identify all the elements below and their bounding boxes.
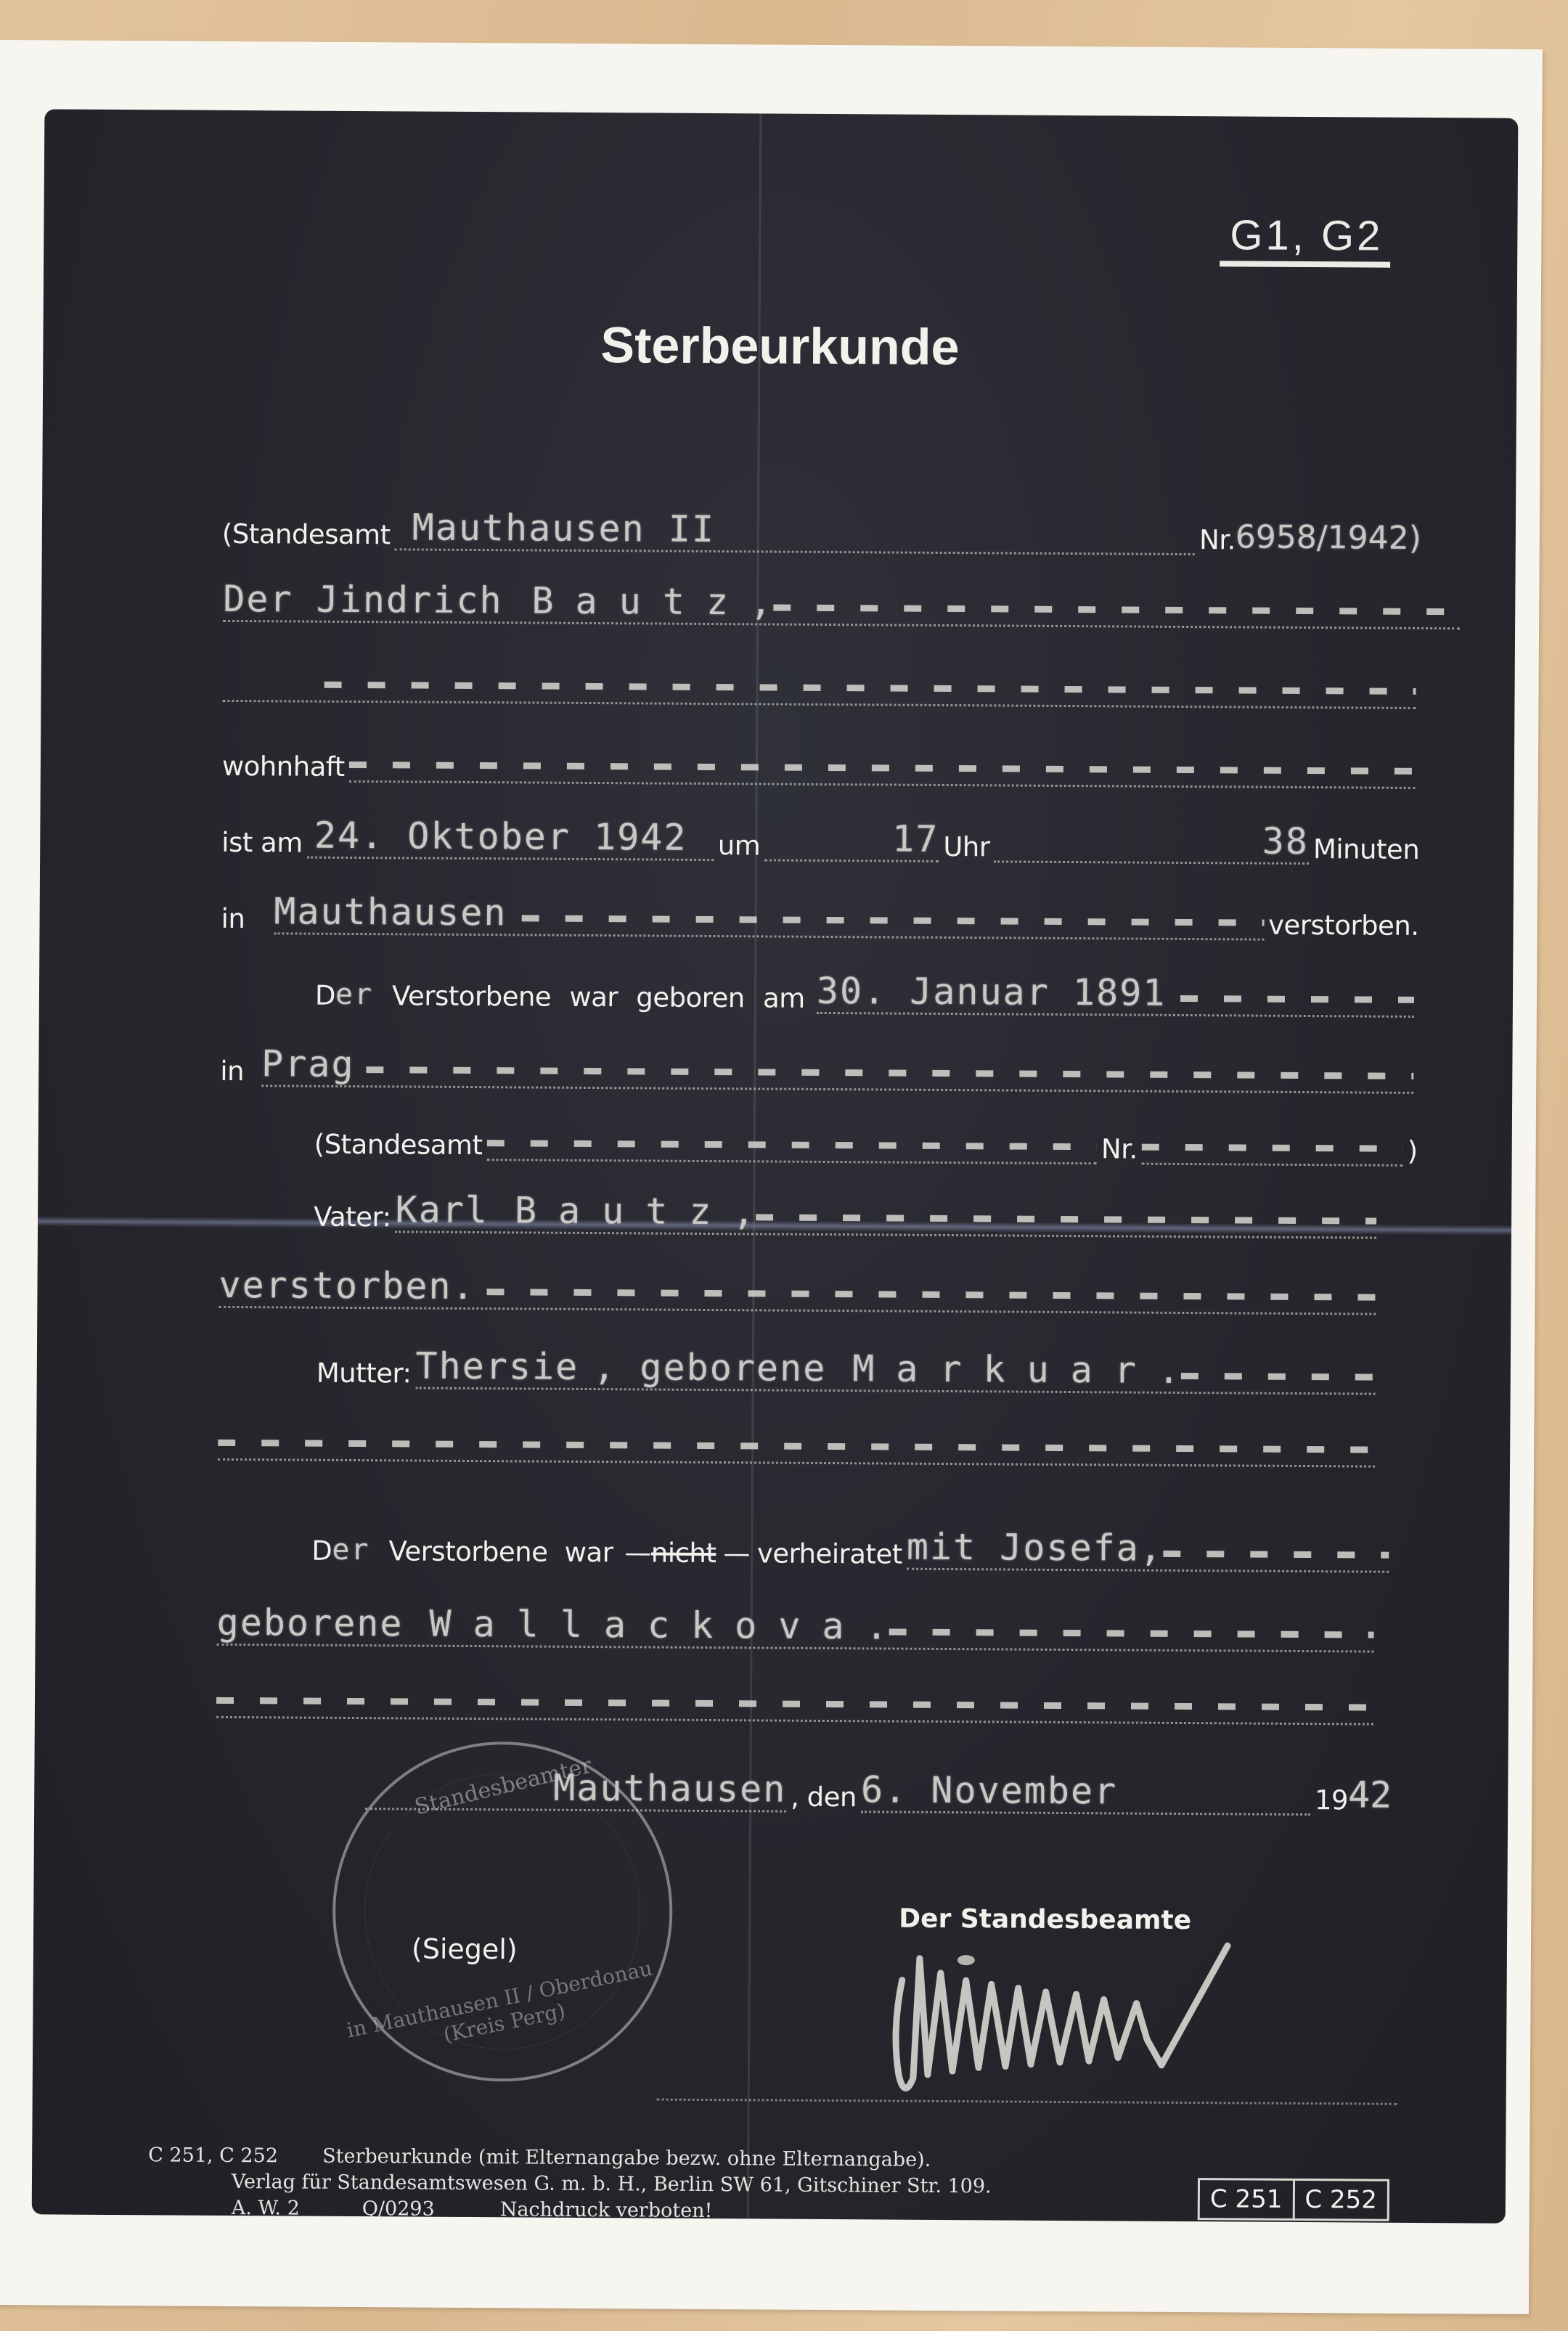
birth-registry-label: (Standesamt <box>314 1129 483 1161</box>
death-place-field: Mauthausen <box>274 889 1264 940</box>
birth-prefix-printed: D <box>315 980 335 1011</box>
marriage-struck-word: nicht <box>651 1538 716 1569</box>
father-suffix: , <box>732 1191 756 1233</box>
signature-icon <box>886 1930 1293 2106</box>
footer-codes: C 251, C 252 <box>148 2142 322 2169</box>
mother-label: Mutter: <box>317 1358 412 1389</box>
issued-date: 6. November <box>861 1768 1117 1812</box>
birth-in-label: in <box>220 1056 244 1087</box>
residence-line: wohnhaft <box>41 730 1514 789</box>
death-in-label: in <box>221 903 245 934</box>
filler-dashes <box>324 671 1416 707</box>
registry-office: Mauthausen II <box>412 506 716 550</box>
issued-year-suffix: 42 <box>1348 1773 1392 1816</box>
father-field: Karl Bautz , <box>395 1187 1376 1238</box>
deceased-field-2 <box>222 656 1416 709</box>
document-title: Sterbeurkunde <box>43 312 1516 379</box>
seal-label: (Siegel) <box>412 1933 518 1966</box>
residence-label: wohnhaft <box>222 751 345 783</box>
birth-place: Prag <box>261 1042 355 1085</box>
death-datetime-line: ist am 24. Oktober 1942 um 17 Uhr 38 Min… <box>40 806 1514 865</box>
death-date-field: 24. Oktober 1942 <box>307 813 714 861</box>
form-number-2: C 252 <box>1292 2181 1387 2219</box>
mother-line: Mutter: Thersie , geborene Markuar . <box>37 1336 1511 1395</box>
birth-date: 30. Januar 1891 <box>817 970 1167 1014</box>
marriage-field-3 <box>216 1673 1373 1726</box>
birth-registry-field <box>486 1115 1097 1164</box>
official-seal-stamp: Standesbeamter in Mauthausen II / Oberdo… <box>332 1741 674 2083</box>
marriage-married-label: verheiratet <box>757 1538 902 1569</box>
death-hour: 17 <box>892 818 939 860</box>
death-at-label: um <box>718 830 761 861</box>
father-status-field: verstorben. <box>219 1262 1376 1315</box>
paper-sheet: G1, G2 Sterbeurkunde (Standesamt Mauthau… <box>0 40 1543 2314</box>
death-place-line: in Mauthausen verstorben. <box>39 882 1513 942</box>
death-hour-field: 17 <box>764 815 939 862</box>
marriage-spouse: mit Josefa, <box>907 1526 1163 1569</box>
birth-line: D er Verstorbene war geboren am 30. Janu… <box>39 958 1513 1018</box>
death-died-label: verstorben. <box>1268 910 1419 942</box>
registry-label: (Standesamt <box>222 518 391 550</box>
footer-notice: Nachdruck verboten! <box>500 2198 713 2222</box>
father-name: Karl <box>395 1188 489 1231</box>
registry-field: Mauthausen II <box>395 505 1196 555</box>
mother-field-2 <box>218 1415 1375 1468</box>
deceased-field: Der Jindrich Bautz , <box>223 576 1460 629</box>
filler-dashes <box>216 1687 1373 1723</box>
death-on-label: ist am <box>221 827 303 859</box>
birth-prefix-typed: er <box>335 978 373 1011</box>
mother-born-label: , geborene <box>593 1346 826 1389</box>
marriage-spouse-field: mit Josefa, <box>907 1524 1389 1573</box>
death-minutes-field: 38 <box>994 817 1309 865</box>
father-status: verstorben. <box>219 1264 475 1307</box>
birth-place-line: in Prag <box>38 1034 1512 1094</box>
registry-number: 6958/1942) <box>1236 518 1421 557</box>
footer-q: Q/0293 <box>362 2196 500 2223</box>
form-number-box: C 251 C 252 <box>1198 2178 1389 2221</box>
filler-dashes <box>486 1130 1097 1162</box>
birth-registry-number-label: Nr. <box>1101 1133 1138 1164</box>
marriage-born-label: geborene <box>217 1601 404 1645</box>
issued-date-field: 6. November <box>861 1767 1310 1816</box>
residence-field <box>349 737 1416 789</box>
filler-dashes <box>218 1429 1375 1466</box>
death-minutes: 38 <box>1262 820 1310 862</box>
death-minutes-label: Minuten <box>1313 833 1420 865</box>
birth-registry-close: ) <box>1408 1135 1418 1167</box>
filler-dashes <box>1180 985 1414 1016</box>
filler-dashes <box>773 595 1460 628</box>
deceased-line-2 <box>41 650 1514 709</box>
deceased-name: Der Jindrich <box>223 578 503 621</box>
filler-dashes <box>1142 1134 1403 1164</box>
footer-line-1: Sterbeurkunde (mit Elternangabe bezw. oh… <box>322 2145 931 2171</box>
death-hour-label: Uhr <box>943 831 990 862</box>
issued-den-label: , den <box>791 1781 857 1813</box>
marriage-spouse-maiden-field: geborene Wallackova . <box>216 1600 1373 1653</box>
filler-dashes <box>486 1278 1376 1313</box>
marriage-suffix: . <box>865 1605 889 1647</box>
marriage-label: Verstorbene war <box>388 1535 613 1568</box>
marriage-prefix-printed: D <box>311 1535 332 1567</box>
death-place: Mauthausen <box>274 890 507 934</box>
birth-label: Verstorbene war geboren am <box>392 980 805 1013</box>
mother-suffix: . <box>1158 1350 1181 1392</box>
birth-registry-number-field <box>1142 1119 1403 1167</box>
birth-registry-line: (Standesamt Nr. ) <box>38 1107 1512 1167</box>
marriage-prefix-typed: er <box>332 1533 369 1567</box>
deceased-suffix: , <box>750 581 773 623</box>
father-label: Vater: <box>314 1201 391 1233</box>
filler-dashes <box>521 905 1264 938</box>
footer-aw: A. W. 2 <box>232 2195 362 2222</box>
birth-date-field: 30. Januar 1891 <box>817 968 1415 1018</box>
registry-line: (Standesamt Mauthausen II Nr. 6958/1942) <box>42 497 1516 557</box>
issued-year-prefix: 19 <box>1315 1784 1348 1816</box>
form-code-top: G1, G2 <box>1220 211 1390 267</box>
filler-dashes <box>756 1204 1376 1236</box>
marriage-line-2: geborene Wallackova . <box>35 1593 1508 1653</box>
filler-dashes <box>349 751 1416 787</box>
filler-dashes <box>1163 1540 1389 1571</box>
father-status-line: verstorben. <box>37 1256 1511 1315</box>
birth-place-field: Prag <box>261 1041 1414 1094</box>
fold-vertical <box>747 113 762 2218</box>
mother-field: Thersie , geborene Markuar . <box>415 1344 1376 1395</box>
marriage-line-3 <box>35 1666 1508 1726</box>
publisher-imprint: C 251, C 252Sterbeurkunde (mit Elternang… <box>148 2142 992 2223</box>
death-certificate: G1, G2 Sterbeurkunde (Standesamt Mauthau… <box>32 109 1519 2223</box>
issued-line: Mauthausen , den 6. November 19 42 <box>34 1757 1508 1816</box>
registry-number-label: Nr. <box>1199 524 1236 555</box>
filler-dashes <box>1181 1363 1376 1393</box>
deceased-line: Der Jindrich Bautz , <box>41 570 1515 629</box>
mother-name: Thersie <box>415 1345 579 1388</box>
deceased-surname: Bautz <box>531 579 750 623</box>
marriage-spouse-maiden: Wallackova <box>429 1603 865 1648</box>
mother-maiden-name: Markuar <box>852 1347 1158 1392</box>
mother-line-2 <box>36 1408 1510 1468</box>
marriage-line: D er Verstorbene war — nicht — verheirat… <box>36 1514 1509 1573</box>
father-surname: Bautz <box>515 1189 733 1233</box>
filler-dashes <box>366 1056 1413 1092</box>
death-date: 24. Oktober 1942 <box>314 815 687 859</box>
father-line: Vater: Karl Bautz , <box>38 1180 1511 1239</box>
filler-dashes <box>889 1619 1373 1651</box>
form-number-1: C 251 <box>1200 2180 1293 2218</box>
